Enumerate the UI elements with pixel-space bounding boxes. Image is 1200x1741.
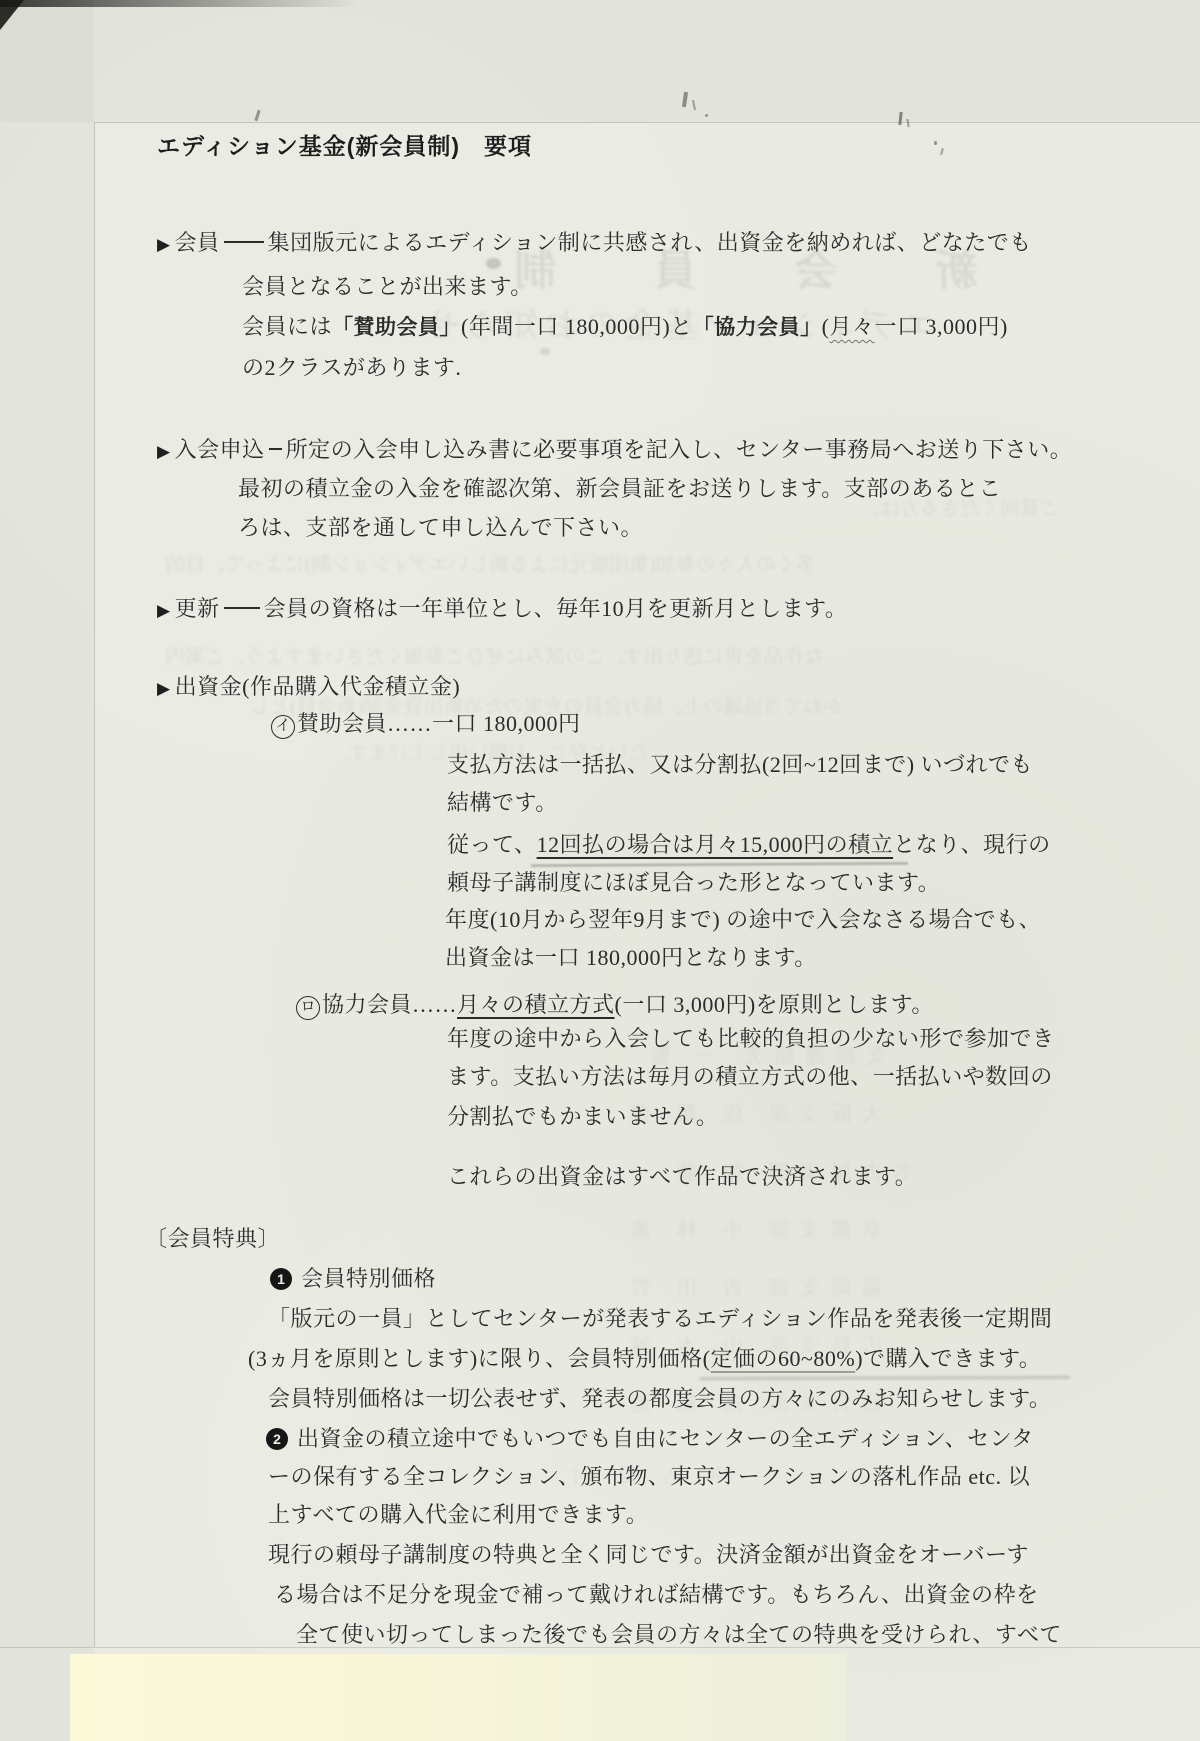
benefit-2-text-4: 現行の頼母子講制度の特典と全く同じです。決済金額が出資金をオーバーす xyxy=(268,1538,1029,1569)
member-text-1: 集団版元によるエディション制に共感され、出資金を納めれば、どなたでも xyxy=(268,230,1032,255)
monthly-plan-underlined: 月々の積立方式 xyxy=(457,992,615,1017)
item-ro-text-1: 年度の途中から入会しても比較的負担の少ない形で参加でき xyxy=(447,1022,1055,1053)
benefit-2-text-5: る場合は不足分を現金で補って戴ければ結構です。もちろん、出資金の枠を xyxy=(274,1578,1039,1609)
monthly-wavy-underline: 月々 xyxy=(830,314,875,339)
application-text-2: 最初の積立金の入金を確認次第、新会員証をお送りします。支部のあるとこ xyxy=(238,472,1001,503)
benefit-2-line-1: 2出資金の積立途中でもいつでも自由にセンターの全エディション、センタ xyxy=(266,1422,1034,1453)
member-text-2: 会員となることが出来ます。 xyxy=(242,270,533,301)
cooperating-member-term: 「協力会員」 xyxy=(693,316,822,339)
item-ro-text-2: ます。支払い方法は毎月の積立方式の他、一括払いや数回の xyxy=(447,1060,1053,1091)
item-i-text-4: 頼母子講制度にほぼ見合った形となっています。 xyxy=(447,866,940,897)
section-application-label: 入会申込 xyxy=(175,437,265,462)
pencil-smudge xyxy=(700,1375,1070,1380)
member-text-3: 会員には「賛助会員」(年間一口 180,000円)と「協力会員」(月々一口 3,… xyxy=(242,310,1008,341)
benefit-1-text-2a: (3ヵ月を原則とします)に限り、会員特別価格( xyxy=(248,1346,710,1371)
section-member-line1: ▶会員集団版元によるエディション制に共感され、出資金を納めれば、どなたでも xyxy=(157,226,1032,257)
benefit-1-text-1: 「版元の一員」としてセンターが発表するエディション作品を発表後一定期間 xyxy=(268,1302,1052,1333)
investment-header-text: 出資金(作品購入代金積立金) xyxy=(175,674,461,699)
dash-line xyxy=(224,241,264,243)
benefit-2-text-2: ーの保有する全コレクション、頒布物、東京オークションの落札作品 etc. 以 xyxy=(268,1460,1030,1491)
benefit-number-1: 1 xyxy=(270,1268,292,1290)
item-i-text-6: 出資金は一口 180,000円となります。 xyxy=(445,941,817,972)
scanner-top-shadow xyxy=(0,0,360,7)
benefit-1-text-3: 会員特別価格は一切公表せず、発表の都度会員の方々にのみお知らせします。 xyxy=(268,1382,1051,1413)
ghost-line: な作品を世に送り出す、この試みにぜひご参加くださいますよう、ご案内 xyxy=(165,640,823,669)
underlying-cream-page xyxy=(70,1654,846,1741)
circled-i-marker: イ xyxy=(271,715,295,739)
benefit-1-text-2c: )で購入できます。 xyxy=(855,1346,1041,1371)
benefits-header: 〔会員特典〕 xyxy=(145,1222,280,1253)
investment-item-ro-head: ロ協力会員……月々の積立方式(一口 3,000円)を原則とします。 xyxy=(296,988,934,1020)
scanner-corner-mark xyxy=(0,0,24,30)
ink-speck xyxy=(705,114,708,117)
section-renewal-label: 更新 xyxy=(175,596,220,621)
sheet-top-edge xyxy=(94,122,1200,123)
application-text-1: 所定の入会申し込み書に必要事項を記入し、センター事務局へお送り下さい。 xyxy=(286,437,1073,462)
section-investment-header: ▶出資金(作品購入代金積立金) xyxy=(157,670,460,701)
item-i-text-3: 従って、12回払の場合は月々15,000円の積立となり、現行の xyxy=(447,828,1051,859)
investment-item-i-head: イ賛助会員……一口 180,000円 xyxy=(271,707,581,739)
circled-ro-marker: ロ xyxy=(296,996,320,1020)
ghost-line: 福岡支部 吉 田 哲 xyxy=(620,1272,883,1302)
benefit-1-title-line: 1会員特別価格 xyxy=(270,1262,436,1293)
bullet-triangle-icon: ▶ xyxy=(157,235,171,255)
section-member-label: 会員 xyxy=(175,230,220,255)
item-ro-head-a: 協力会員…… xyxy=(322,992,457,1017)
member-text-3a: 会員には xyxy=(242,314,332,339)
member-text-3g: 一口 3,000円) xyxy=(875,314,1008,339)
page-title: エディション基金(新会員制) 要項 xyxy=(157,128,532,161)
ink-speck xyxy=(940,148,944,155)
item-i-text-2: 結構です。 xyxy=(447,786,558,817)
paper-stain xyxy=(540,348,550,355)
ink-speck xyxy=(934,141,937,145)
bullet-triangle-icon: ▶ xyxy=(157,442,171,462)
renewal-text-1: 会員の資格は一年単位とし、毎年10月を更新月とします。 xyxy=(264,596,848,621)
item-ro-head-c: (一口 3,000円)を原則とします。 xyxy=(615,992,934,1017)
item-i-text-5: 年度(10月から翌年9月まで) の途中で入会なさる場合でも、 xyxy=(445,903,1041,934)
member-text-4: の2クラスがあります. xyxy=(242,351,461,382)
member-text-3e: ( xyxy=(822,314,830,339)
item-i-text-1: 支払方法は一括払、又は分割払(2回~12回まで) いづれでも xyxy=(447,748,1033,779)
item-i-text-3c: となり、現行の xyxy=(893,832,1051,857)
investment-closing: これらの出資金はすべて作品で決済されます。 xyxy=(447,1160,917,1191)
benefit-1-title: 会員特別価格 xyxy=(301,1266,436,1291)
member-text-3c: (年間一口 180,000円)と xyxy=(461,314,693,339)
top-margin-shade xyxy=(0,0,1200,122)
benefit-2-text-6: 全て使い切ってしまった後でも会員の方々は全ての特典を受けられ、すべて xyxy=(296,1618,1062,1649)
dash-line xyxy=(269,448,282,450)
benefit-2-text-1: 出資金の積立途中でもいつでも自由にセンターの全エディション、センタ xyxy=(297,1426,1034,1451)
item-ro-text-3: 分割払でもかまいません。 xyxy=(447,1100,718,1131)
section-application-line1: ▶入会申込所定の入会申し込み書に必要事項を記入し、センター事務局へお送り下さい。 xyxy=(157,433,1072,464)
sheet-left-edge xyxy=(94,122,95,1647)
benefit-1-text-2: (3ヵ月を原則とします)に限り、会員特別価格(定価の60~80%)で購入できます… xyxy=(248,1342,1041,1373)
benefit-2-text-3: 上すべての購入代金に利用できます。 xyxy=(268,1498,648,1529)
supporting-member-term: 「賛助会員」 xyxy=(332,316,461,339)
benefit-number-2: 2 xyxy=(266,1428,288,1450)
section-renewal-line1: ▶更新会員の資格は一年単位とし、毎年10月を更新月とします。 xyxy=(157,592,847,623)
price-range-underlined: 定価の60~80% xyxy=(710,1346,855,1371)
dash-line xyxy=(224,607,260,609)
left-margin-shade xyxy=(0,0,94,1741)
installment-underlined: 12回払の場合は月々15,000円の積立 xyxy=(537,832,894,857)
bottom-sheet-edge xyxy=(0,1647,1200,1648)
application-text-3: ろは、支部を通して申し込んで下さい。 xyxy=(238,511,643,542)
item-i-text-3a: 従って、 xyxy=(447,832,537,857)
bullet-triangle-icon: ▶ xyxy=(157,679,171,699)
paper-stain xyxy=(486,258,501,269)
ghost-line: 京都支部 小 林 薫 xyxy=(620,1214,883,1244)
item-i-head-text: 賛助会員……一口 180,000円 xyxy=(297,711,581,736)
bullet-triangle-icon: ▶ xyxy=(157,601,171,621)
document-scan: 新 会 員 制 エディション基金のお知らせ ご賛同くださる方は、 多くの人々の参… xyxy=(0,0,1200,1741)
ghost-line: 多くの人々の参加(集団版元による新しいエディション制)によって、目的 xyxy=(165,548,816,577)
